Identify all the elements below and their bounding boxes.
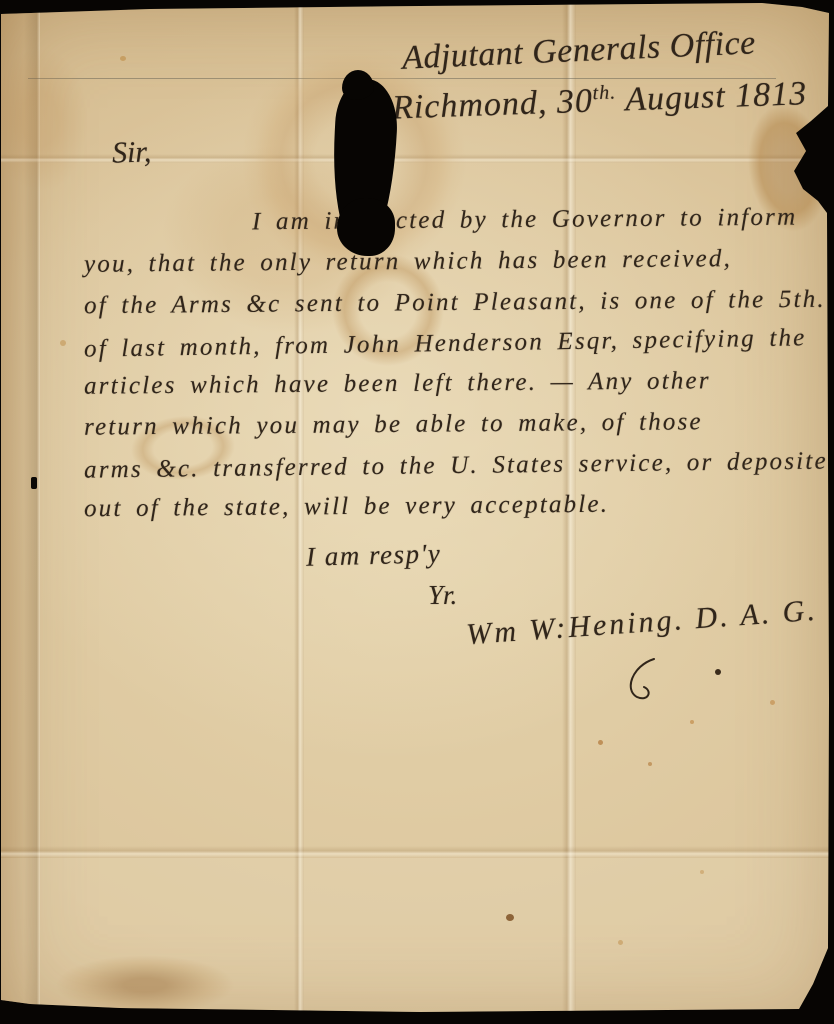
fox-spot (690, 720, 694, 724)
top-left-stain (0, 30, 100, 210)
fox-spot (60, 340, 66, 346)
header-date-line: Richmond, 30th. August 1813 (391, 75, 807, 128)
body-line: articles which have been left there. — A… (84, 367, 711, 400)
horizontal-fold-crease (0, 846, 834, 858)
fox-spot (770, 700, 775, 705)
fox-spot (648, 762, 652, 766)
fox-spot (120, 56, 126, 61)
letter-scan: Adjutant Generals Office Richmond, 30th.… (0, 0, 834, 1024)
fox-spot (598, 740, 603, 745)
signature: Wm W:Hening. D. A. G. (465, 594, 819, 652)
date-prefix: Richmond, 30 (391, 83, 593, 127)
lower-panel-shading (0, 858, 834, 1012)
body-line: of the Arms &c sent to Point Pleasant, i… (84, 286, 826, 320)
letter-paper: Adjutant Generals Office Richmond, 30th.… (0, 0, 834, 1024)
fox-spot (506, 914, 514, 921)
header-office-line: Adjutant Generals Office (401, 24, 756, 77)
ink-spot (715, 669, 721, 675)
bottom-left-stain (40, 950, 250, 1020)
salutation: Sir, (111, 135, 151, 170)
signature-flourish (622, 656, 664, 702)
burn-hole-nub (342, 70, 374, 100)
date-superscript: th. (592, 81, 616, 104)
body-line: out of the state, will be very acceptabl… (84, 491, 609, 524)
left-fold-strip (0, 0, 40, 1024)
body-line: you, that the only return which has been… (84, 245, 732, 279)
body-line: I am instructed by the Governor to infor… (252, 204, 798, 237)
fox-spot (618, 940, 623, 945)
body-line: arms &c. transferred to the U. States se… (84, 447, 834, 484)
fox-spot (700, 870, 704, 874)
date-suffix: August 1813 (616, 75, 808, 119)
closing-line: I am resp'y (306, 538, 442, 573)
body-line: return which you may be able to make, of… (84, 408, 703, 441)
closing-line: Yr. (428, 580, 457, 611)
body-line: of last month, from John Henderson Esqr,… (84, 324, 807, 363)
left-edge-mark (31, 477, 37, 489)
